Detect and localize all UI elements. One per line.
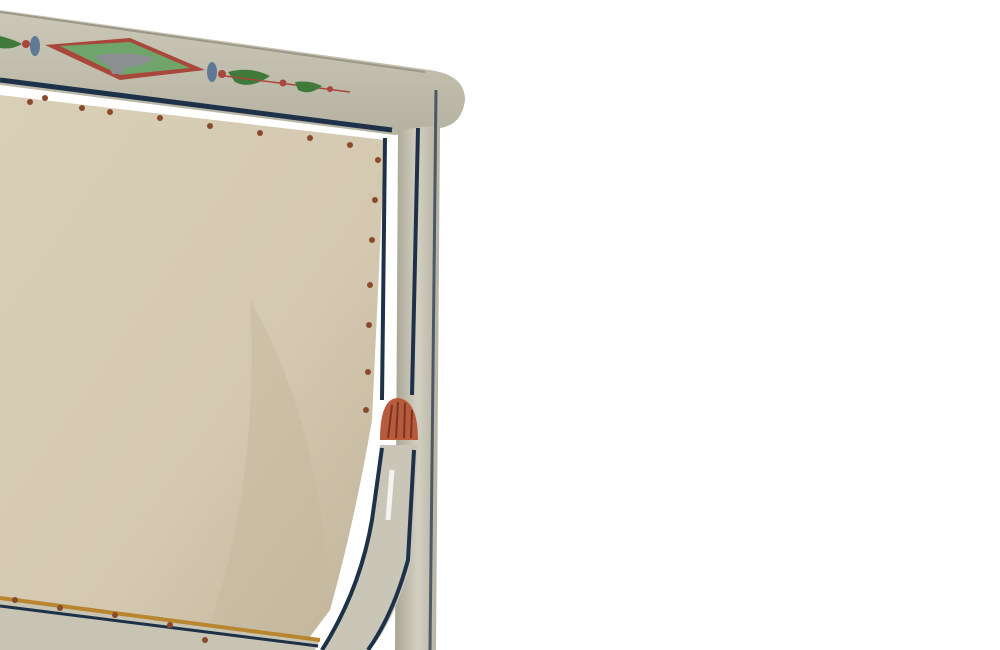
linen-panel xyxy=(0,95,385,650)
chair-photo xyxy=(0,0,1000,650)
